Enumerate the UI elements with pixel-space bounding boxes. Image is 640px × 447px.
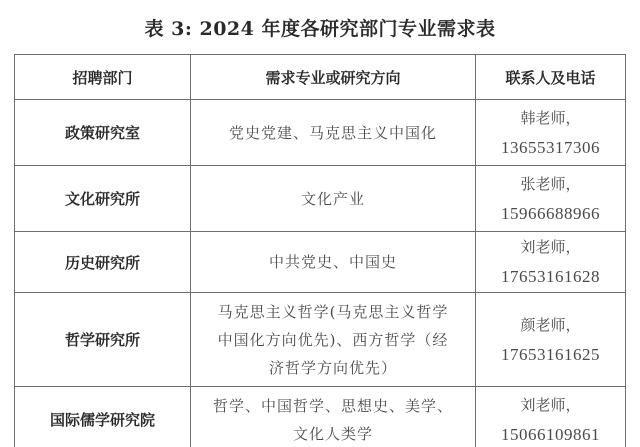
major-cell: 党史党建、马克思主义中国化 (191, 100, 476, 166)
major-cell: 马克思主义哲学(马克思主义哲学 中国化方向优先)、西方哲学（经 济哲学方向优先） (191, 293, 476, 387)
table-row: 历史研究所 中共党史、中国史 刘老师，17653161628 (15, 232, 626, 293)
table-row: 政策研究室 党史党建、马克思主义中国化 韩老师，13655317306 (15, 100, 626, 166)
major-line: 文化人类学 (197, 420, 469, 447)
dept-cell: 国际儒学研究院 (15, 387, 191, 447)
major-line: 哲学、中国哲学、思想史、美学、 (197, 392, 469, 420)
dept-cell: 政策研究室 (15, 100, 191, 166)
major-line: 马克思主义哲学(马克思主义哲学 (197, 298, 469, 326)
table-header-row: 招聘部门 需求专业或研究方向 联系人及电话 (15, 55, 626, 100)
table-row: 国际儒学研究院 哲学、中国哲学、思想史、美学、 文化人类学 刘老师，150661… (15, 387, 626, 447)
header-department: 招聘部门 (15, 55, 191, 100)
contact-phone: 15066109861 (482, 420, 619, 447)
major-line: 文化产业 (197, 185, 469, 213)
major-cell: 哲学、中国哲学、思想史、美学、 文化人类学 (191, 387, 476, 447)
dept-cell: 文化研究所 (15, 166, 191, 232)
header-major: 需求专业或研究方向 (191, 55, 476, 100)
department-demand-table: 招聘部门 需求专业或研究方向 联系人及电话 政策研究室 党史党建、马克思主义中国… (14, 54, 626, 447)
table-row: 文化研究所 文化产业 张老师，15966688966 (15, 166, 626, 232)
contact-cell: 刘老师，17653161628 (476, 232, 626, 293)
contact-phone: 13655317306 (482, 133, 619, 163)
contact-name: 颜老师， (482, 310, 619, 340)
contact-phone: 17653161628 (482, 262, 619, 292)
contact-phone: 17653161625 (482, 340, 619, 370)
contact-name: 刘老师， (482, 232, 619, 262)
contact-cell: 颜老师，17653161625 (476, 293, 626, 387)
contact-phone: 15966688966 (482, 199, 619, 229)
contact-cell: 韩老师，13655317306 (476, 100, 626, 166)
contact-cell: 刘老师，15066109861 (476, 387, 626, 447)
major-line: 济哲学方向优先） (197, 354, 469, 382)
major-line: 中国化方向优先)、西方哲学（经 (197, 326, 469, 354)
contact-name: 刘老师， (482, 390, 619, 420)
major-cell: 文化产业 (191, 166, 476, 232)
dept-cell: 哲学研究所 (15, 293, 191, 387)
table-row: 哲学研究所 马克思主义哲学(马克思主义哲学 中国化方向优先)、西方哲学（经 济哲… (15, 293, 626, 387)
major-line: 党史党建、马克思主义中国化 (197, 119, 469, 147)
header-contact: 联系人及电话 (476, 55, 626, 100)
contact-cell: 张老师，15966688966 (476, 166, 626, 232)
dept-cell: 历史研究所 (15, 232, 191, 293)
major-line: 中共党史、中国史 (197, 248, 469, 276)
contact-name: 张老师， (482, 169, 619, 199)
major-cell: 中共党史、中国史 (191, 232, 476, 293)
table-title: 表 3: 2024 年度各研究部门专业需求表 (0, 14, 640, 41)
contact-name: 韩老师， (482, 103, 619, 133)
